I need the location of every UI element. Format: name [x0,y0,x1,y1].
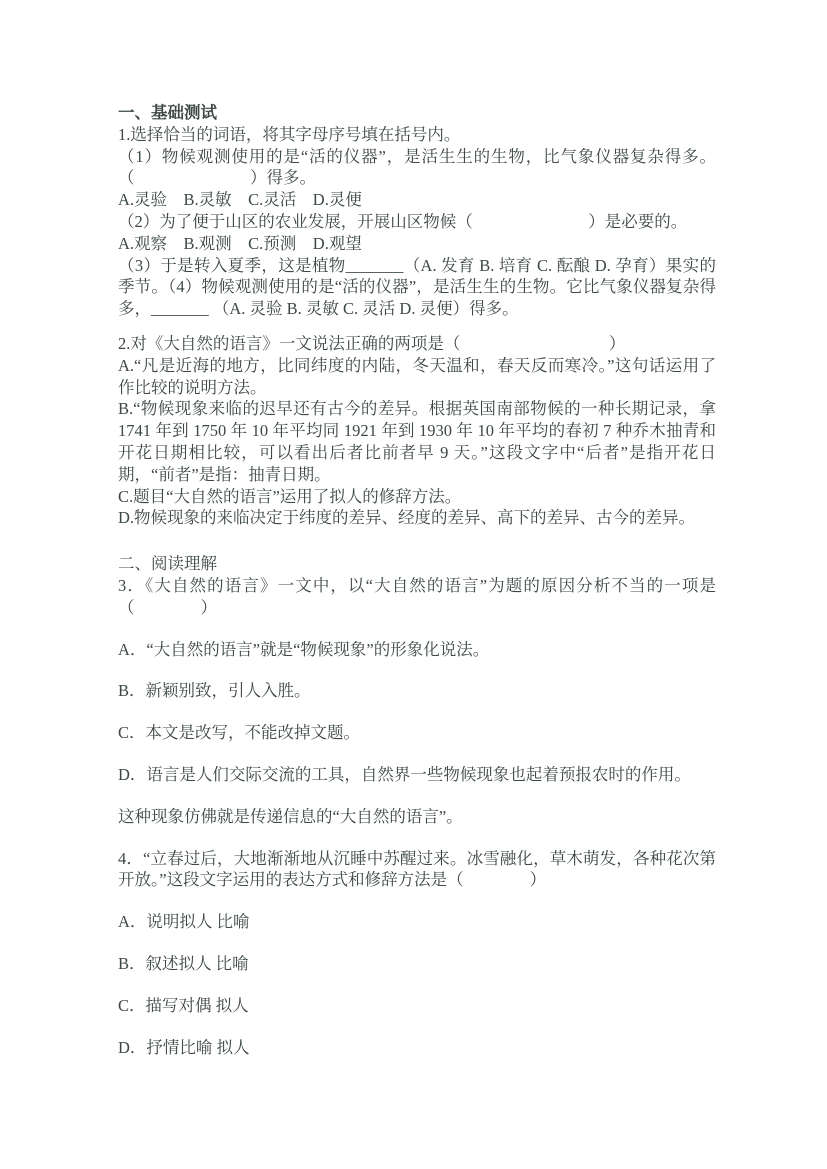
question-2-option-c: C.题目“大自然的语言”运用了拟人的修辞方法。 [118,486,716,508]
question-4-stem: 4．“立春过后，大地渐渐地从沉睡中苏醒过来。冰雪融化，草木萌发，各种花次第开放。… [118,848,716,892]
question-1-intro: 1.选择恰当的词语，将其字母序号填在括号内。 [118,124,716,146]
question-1-item-2-options: A.观察 B.观测 C.预测 D.观望 [118,233,716,255]
question-4-option-d: D．抒情比喻 拟人 [118,1037,716,1059]
question-1-item-2: （2）为了便于山区的农业发展，开展山区物候（ ）是必要的。 [118,211,716,233]
question-3-option-a: A．“大自然的语言”就是“物候现象”的形象化说法。 [118,639,716,661]
question-4-option-b: B．叙述拟人 比喻 [118,953,716,975]
question-1-items-3-4: （3）于是转入夏季，这是植物_______（A. 发育 B. 培育 C. 酝酿 … [118,255,716,320]
question-2-option-a: A.“凡是近海的地方，比同纬度的内陆，冬天温和，春天反而寒冷。”这句话运用了作比… [118,355,716,399]
question-3-option-c: C．本文是改写，不能改掉文题。 [118,722,716,744]
question-3-option-d-continuation: 这种现象仿佛就是传递信息的“大自然的语言”。 [118,806,716,828]
question-2-option-b: B.“物候现象来临的迟早还有古今的差异。根据英国南部物候的一种长期记录，拿 17… [118,398,716,485]
document-body: 一、基础测试 1.选择恰当的词语，将其字母序号填在括号内。 （1）物候观测使用的… [118,102,716,1058]
document-page: 一、基础测试 1.选择恰当的词语，将其字母序号填在括号内。 （1）物候观测使用的… [0,0,827,1169]
question-4-option-a: A．说明拟人 比喻 [118,911,716,933]
question-3-stem: 3．《大自然的语言》一文中，以“大自然的语言”为题的原因分析不当的一项是（ ） [118,575,716,619]
question-1-item-1-options: A.灵验 B.灵敏 C.灵活 D.灵便 [118,189,716,211]
question-2-option-d: D.物候现象的来临决定于纬度的差异、经度的差异、高下的差异、古今的差异。 [118,507,716,529]
section-reading-heading: 二、阅读理解 [118,553,716,575]
question-4-option-c: C．描写对偶 拟人 [118,995,716,1017]
question-2-stem: 2.对《大自然的语言》一文说法正确的两项是（ ） [118,333,716,355]
question-3-option-d: D．语言是人们交际交流的工具，自然界一些物候现象也起着预报农时的作用。 [118,764,716,786]
question-1-item-1: （1）物候观测使用的是“活的仪器”，是活生生的生物，比气象仪器复杂得多。（ ）得… [118,146,716,190]
section-basic-heading: 一、基础测试 [118,102,716,124]
question-3-option-b: B．新颖别致，引人入胜。 [118,680,716,702]
